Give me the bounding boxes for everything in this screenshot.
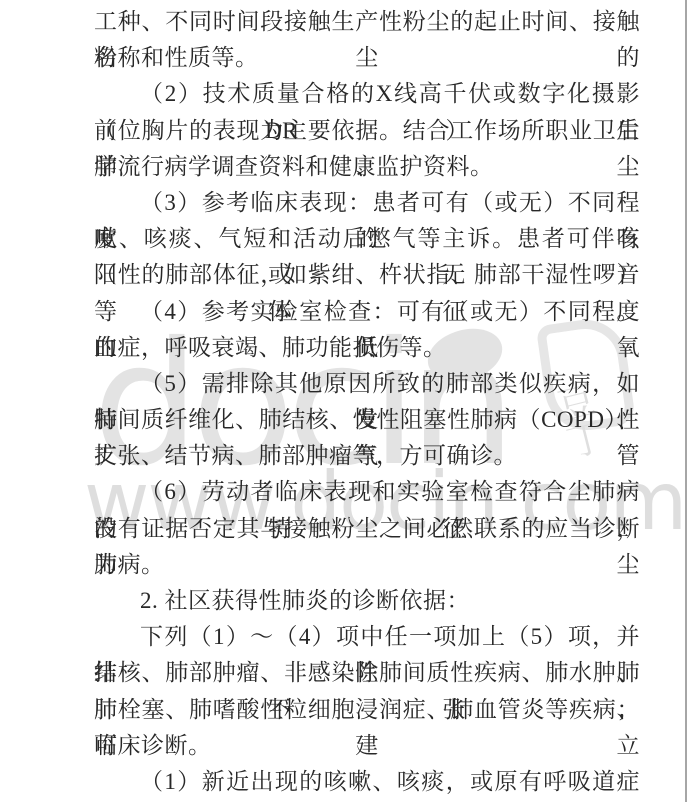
text-line: （4）参考实验室检查：可有（或无）不同程度的低氧 — [94, 294, 640, 330]
text-line: 没有证据否定其与接触粉尘之间必然联系的应当诊断为尘 — [94, 511, 640, 547]
text-line: （1）新近出现的咳嗽、咳痰，或原有呼吸道症状加重， — [94, 764, 640, 800]
document-text-block: 工种、不同时间段接触生产性粉尘的起止时间、接触粉尘的名称和性质等。（2）技术质量… — [94, 4, 640, 800]
text-line: 2. 社区获得性肺炎的诊断依据： — [94, 583, 640, 619]
text-line: 下列（1）～（4）项中任一项加上（5）项，并排除肺 — [94, 619, 640, 655]
text-line: 嗽、咳痰、气短和活动后憋气等主诉。患者可伴有（或无） — [94, 221, 640, 257]
text-line: （6）劳动者临床表现和实验室检查符合尘肺病的特征， — [94, 474, 640, 510]
text-line: 工种、不同时间段接触生产性粉尘的起止时间、接触粉尘的 — [94, 4, 640, 40]
document-page: docin 豆丁 www.docin.com 工种、不同时间段接触生产性粉尘的起… — [0, 0, 692, 802]
text-line: （5）需排除其他原因所致的肺部类似疾病，如特发性 — [94, 366, 640, 402]
text-line: （2）技术质量合格的X线高千伏或数字化摄影（DR）后 — [94, 76, 640, 112]
text-line: 阳性的肺部体征，如紫绀、杵状指、肺部干湿性啰音等体征。 — [94, 257, 640, 293]
text-line: 结核、肺部肿瘤、非感染性肺间质性疾病、肺水肿、肺不张、 — [94, 655, 640, 691]
text-line: 前位胸片的表现为主要依据。结合工作场所职业卫生学、尘 — [94, 113, 640, 149]
text-line: 肺栓塞、肺嗜酸性粒细胞浸润症、肺血管炎等疾病；可建立 — [94, 692, 640, 728]
page-edge-line — [685, 0, 687, 802]
text-line: （3）参考临床表现：患者可有（或无）不同程度的咳 — [94, 185, 640, 221]
text-line: 肺间质纤维化、肺结核、慢性阻塞性肺病（COPD）、支气管 — [94, 402, 640, 438]
